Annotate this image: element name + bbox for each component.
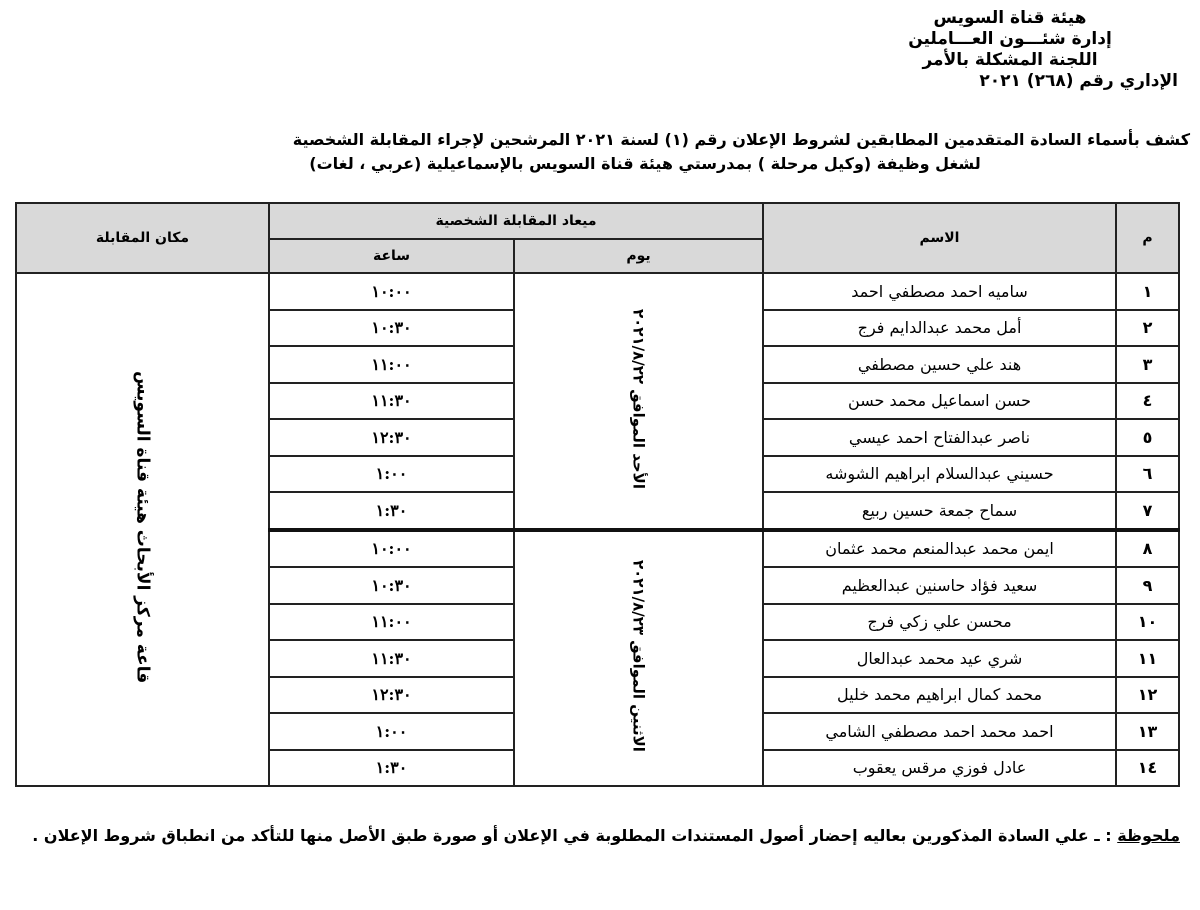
title-line-2: لشغل وظيفة (وكيل مرحلة ) بمدرستي هيئة قن…: [100, 152, 1190, 176]
interview-time: ١٢:٣٠: [269, 419, 514, 456]
candidate-name: سعيد فؤاد حاسنين عبدالعظيم: [763, 567, 1116, 604]
interview-time: ١١:٠٠: [269, 604, 514, 641]
note-paragraph: ملحوظة : ـ علي السادة المذكورين بعاليه إ…: [20, 815, 1180, 857]
row-number: ٢: [1116, 310, 1179, 347]
interview-time: ١١:٠٠: [269, 346, 514, 383]
col-header-time: ساعة: [269, 239, 514, 273]
row-number: ١٣: [1116, 713, 1179, 750]
row-number: ٨: [1116, 530, 1179, 568]
interview-place: قاعة مركز الأبحاث هيئة قناة السويس: [16, 273, 269, 786]
interview-time: ١٠:٠٠: [269, 530, 514, 568]
order-number: الإداري رقم (٢٦٨) ٢٠٢١: [860, 71, 1178, 92]
interview-time: ١:٠٠: [269, 456, 514, 493]
candidate-name: محمد كمال ابراهيم محمد خليل: [763, 677, 1116, 714]
row-number: ١: [1116, 273, 1179, 310]
note-label: ملحوظة: [1117, 826, 1180, 845]
col-header-appointment: ميعاد المقابلة الشخصية: [269, 203, 763, 239]
col-header-place: مكان المقابلة: [16, 203, 269, 273]
row-number: ٦: [1116, 456, 1179, 493]
candidate-name: ساميه احمد مصطفي احمد: [763, 273, 1116, 310]
col-header-number: م: [1116, 203, 1179, 273]
interview-time: ١:٣٠: [269, 492, 514, 530]
title-line-1: كشف بأسماء السادة المتقدمين المطابقين لش…: [100, 128, 1190, 152]
col-header-day: يوم: [514, 239, 763, 273]
interview-time: ١:٣٠: [269, 750, 514, 787]
interview-time: ١٠:٣٠: [269, 567, 514, 604]
candidate-name: شري عيد محمد عبدالعال: [763, 640, 1116, 677]
candidate-name: ايمن محمد عبدالمنعم محمد عثمان: [763, 530, 1116, 568]
header-block: هيئة قناة السويس إدارة شئـــون العـــامل…: [860, 8, 1160, 92]
interview-day: الاثنين الموافق ٢٠٢١/٨/٢٣: [514, 530, 763, 787]
row-number: ١٠: [1116, 604, 1179, 641]
interview-day-label: الاثنين الموافق ٢٠٢١/٨/٢٣: [630, 560, 648, 752]
candidate-name: سماح جمعة حسين ربيع: [763, 492, 1116, 530]
candidate-name: أمل محمد عبدالدايم فرج: [763, 310, 1116, 347]
row-number: ١٤: [1116, 750, 1179, 787]
table-row: ١ساميه احمد مصطفي احمدالأحد الموافق ٢٠٢١…: [16, 273, 1179, 310]
candidate-name: محسن علي زكي فرج: [763, 604, 1116, 641]
row-number: ٤: [1116, 383, 1179, 420]
interview-time: ١:٠٠: [269, 713, 514, 750]
interview-time: ١٢:٣٠: [269, 677, 514, 714]
note-text: : ـ علي السادة المذكورين بعاليه إحضار أص…: [32, 826, 1117, 845]
org-name: هيئة قناة السويس: [860, 8, 1160, 29]
col-header-name: الاسم: [763, 203, 1116, 273]
row-number: ١١: [1116, 640, 1179, 677]
interview-day-label: الأحد الموافق ٢٠٢١/٨/٢٢: [630, 309, 648, 489]
candidate-name: هند علي حسين مصطفي: [763, 346, 1116, 383]
interview-time: ١٠:٣٠: [269, 310, 514, 347]
candidate-name: حسن اسماعيل محمد حسن: [763, 383, 1116, 420]
interview-day: الأحد الموافق ٢٠٢١/٨/٢٢: [514, 273, 763, 530]
candidate-name: ناصر عبدالفتاح احمد عيسي: [763, 419, 1116, 456]
document-title: كشف بأسماء السادة المتقدمين المطابقين لش…: [100, 128, 1190, 176]
row-number: ٣: [1116, 346, 1179, 383]
candidate-name: حسيني عبدالسلام ابراهيم الشوشه: [763, 456, 1116, 493]
committee-name: اللجنة المشكلة بالأمر: [860, 50, 1160, 71]
interview-time: ١١:٣٠: [269, 383, 514, 420]
interview-schedule-table: م الاسم ميعاد المقابلة الشخصية مكان المق…: [15, 202, 1180, 787]
candidate-name: احمد محمد احمد مصطفي الشامي: [763, 713, 1116, 750]
interview-time: ١١:٣٠: [269, 640, 514, 677]
interview-place-label: قاعة مركز الأبحاث هيئة قناة السويس: [133, 371, 153, 683]
row-number: ٥: [1116, 419, 1179, 456]
row-number: ٩: [1116, 567, 1179, 604]
interview-time: ١٠:٠٠: [269, 273, 514, 310]
row-number: ٧: [1116, 492, 1179, 530]
department-name: إدارة شئـــون العـــاملين: [860, 29, 1160, 50]
candidate-name: عادل فوزي مرقس يعقوب: [763, 750, 1116, 787]
row-number: ١٢: [1116, 677, 1179, 714]
